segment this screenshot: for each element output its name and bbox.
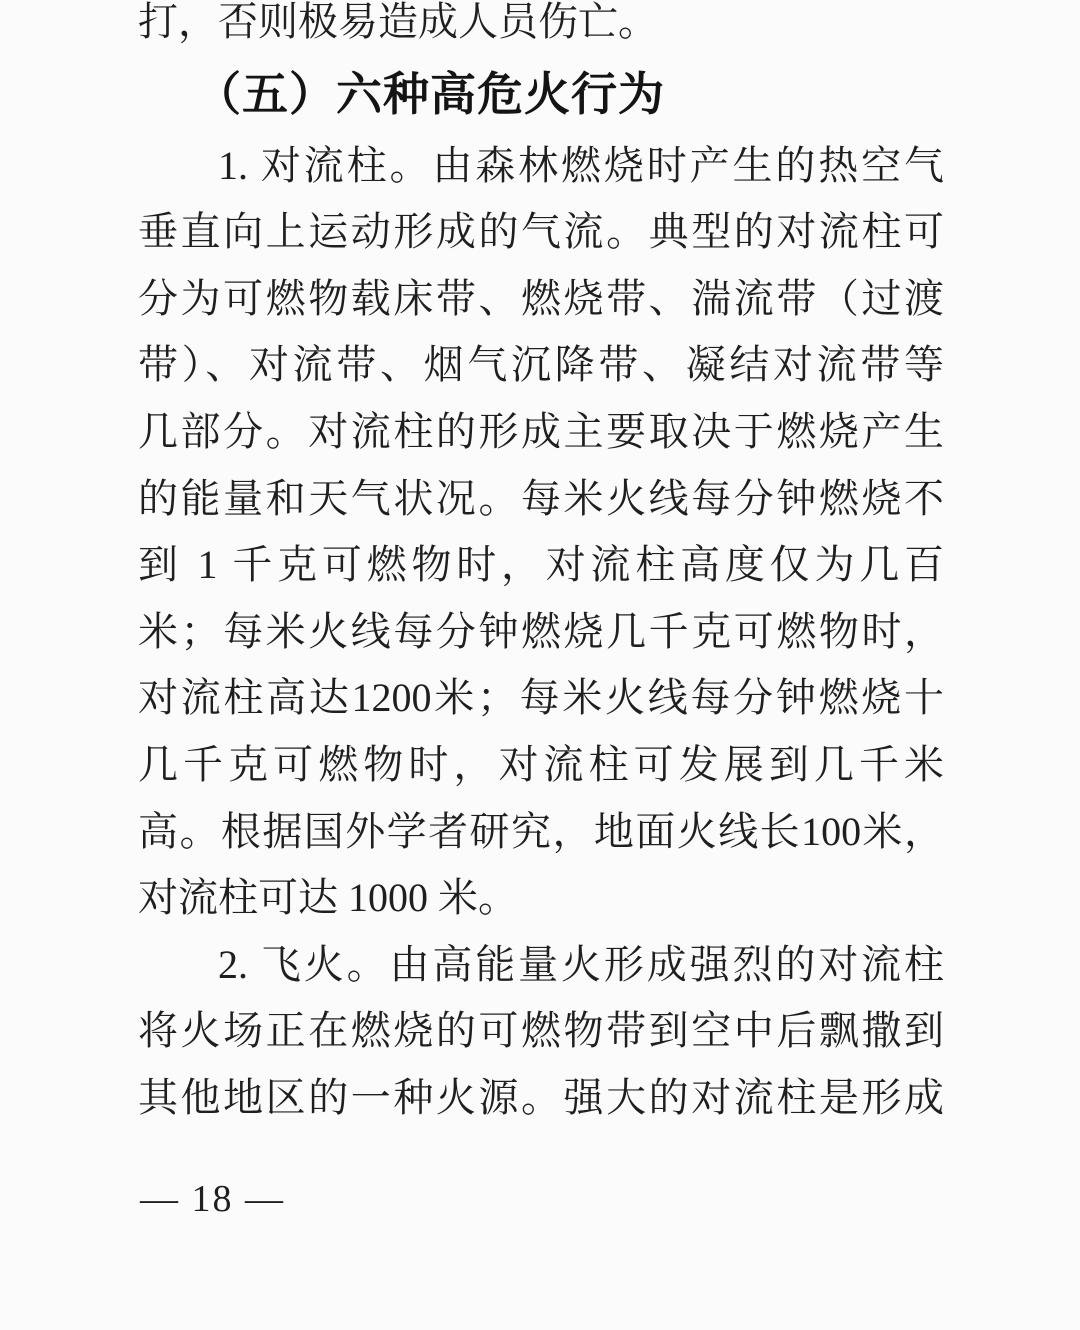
text-line: 米；每米火线每分钟燃烧几千克可燃物时， (138, 599, 944, 666)
paragraph-last-line: 对流柱可达 1000 米。 (138, 865, 944, 932)
page-number: — 18 — (140, 1178, 285, 1220)
text-line: 几部分。对流柱的形成主要取决于燃烧产生 (138, 399, 944, 466)
text-line: 对流柱高达1200米；每米火线每分钟燃烧十 (138, 665, 944, 732)
paragraph-first-line: 1. 对流柱。由森林燃烧时产生的热空气 (138, 133, 944, 200)
text-line: 将火场正在燃烧的可燃物带到空中后飘撒到 (138, 998, 944, 1065)
text-line: 其他地区的一种火源。强大的对流柱是形成 (138, 1065, 944, 1132)
text-line: 高。根据国外学者研究，地面火线长100米， (138, 799, 944, 866)
text-line: 几千克可燃物时，对流柱可发展到几千米 (138, 732, 944, 799)
text-line: 的能量和天气状况。每米火线每分钟燃烧不 (138, 466, 944, 533)
document-body: 打，否则极易造成人员伤亡。 （五）六种高危火行为 1. 对流柱。由森林燃烧时产生… (138, 0, 944, 1132)
document-page: { "colors": { "page-bg": "#fbfbfb", "ink… (0, 0, 1080, 1330)
section-heading: （五）六种高危火行为 (138, 56, 944, 133)
text-line: 到 1 千克可燃物时，对流柱高度仅为几百 (138, 532, 944, 599)
text-line: 打，否则极易造成人员伤亡。 (138, 0, 944, 56)
text-line: 带）、对流带、烟气沉降带、凝结对流带等 (138, 332, 944, 399)
paragraph-first-line: 2. 飞火。由高能量火形成强烈的对流柱 (138, 932, 944, 999)
text-line: 垂直向上运动形成的气流。典型的对流柱可 (138, 199, 944, 266)
text-line: 分为可燃物载床带、燃烧带、湍流带（过渡 (138, 266, 944, 333)
